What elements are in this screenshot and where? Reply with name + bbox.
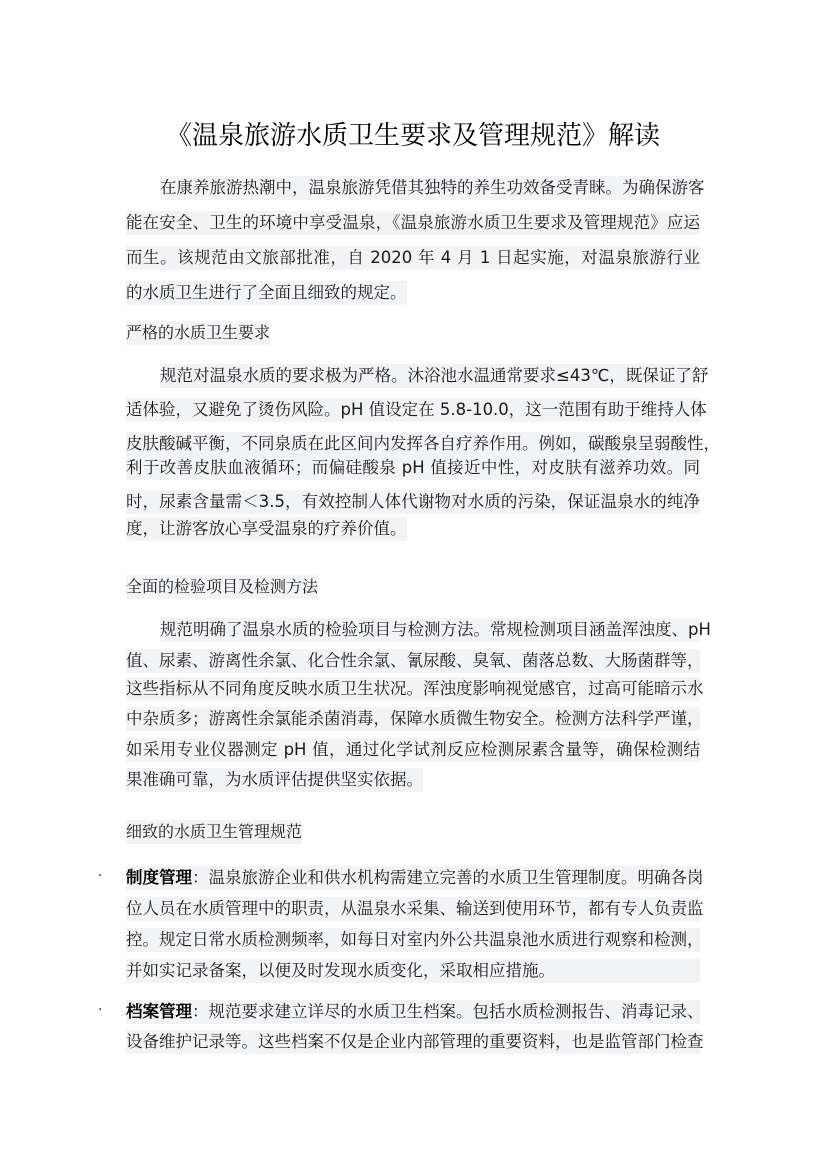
section-heading: 全面的检验项目及检测方法 [126,575,318,599]
paragraph-line: 果准确可靠，为水质评估提供坚实依据。 [126,768,423,792]
bullet-marker: . [98,864,102,880]
paragraph-line: 控。规定日常水质检测频率，如每日对室内外公共温泉池水质进行观察和检测， [126,928,700,952]
paragraph-line: 规范对温泉水质的要求极为严格。沐浴池水温通常要求≤43℃，既保证了舒 [160,364,700,388]
section-heading: 严格的水质卫生要求 [126,321,270,345]
paragraph-line: 并如实记录备案，以便及时发现水质变化，采取相应措施。 [126,959,700,983]
paragraph-line: 适体验，又避免了烫伤风险。pH 值设定在 5.8-10.0，这一范围有助于维持人… [126,398,700,422]
paragraph-line: 规范明确了温泉水质的检验项目与检测方法。常规检测项目涵盖浑浊度、pH [160,618,700,642]
paragraph-line: 时，尿素含量需＜3.5，有效控制人体代谢物对水质的污染，保证温泉水的纯净 [126,490,700,514]
paragraph-line: 在康养旅游热潮中，温泉旅游凭借其独特的养生功效备受青睐。为确保游客 [160,176,700,200]
section-heading: 细致的水质卫生管理规范 [126,820,302,844]
paragraph-line: 皮肤酸碱平衡，不同泉质在此区间内发挥各自疗养作用。例如，碳酸泉呈弱酸性， [126,432,700,456]
item-text: ：规范要求建立详尽的水质卫生档案。包括水质检测报告、消毒记录、 [192,1002,704,1021]
paragraph-line: 设备维护记录等。这些档案不仅是企业内部管理的重要资料，也是监管部门检查 [126,1030,700,1054]
document-title: 《温泉旅游水质卫生要求及管理规范》解读 [0,115,826,152]
paragraph-line: 利于改善皮肤血液循环；而偏硅酸泉 pH 值接近中性，对皮肤有滋养功效。同 [126,456,700,480]
paragraph-line: 度，让游客放心享受温泉的疗养价值。 [126,517,407,541]
paragraph-line: 而生。该规范由文旅部批准，自 2020 年 4 月 1 日起实施，对温泉旅游行业 [126,246,700,270]
paragraph-line: 值、尿素、游离性余氯、化合性余氯、氰尿酸、臭氧、菌落总数、大肠菌群等， [126,649,700,673]
item-label: 档案管理 [126,1002,192,1021]
paragraph-line: 档案管理：规范要求建立详尽的水质卫生档案。包括水质检测报告、消毒记录、 [126,1000,700,1024]
paragraph-line: 制度管理：温泉旅游企业和供水机构需建立完善的水质卫生管理制度。明确各岗 [126,866,700,890]
paragraph-line: 如采用专业仪器测定 pH 值，通过化学试剂反应检测尿素含量等，确保检测结 [126,738,700,762]
paragraph-line: 位人员在水质管理中的职责，从温泉水采集、输送到使用环节，都有专人负责监 [126,897,700,921]
bullet-marker: . [98,998,102,1014]
item-label: 制度管理 [126,868,192,887]
paragraph-line: 的水质卫生进行了全面且细致的规定。 [126,281,407,305]
paragraph-line: 中杂质多；游离性余氯能杀菌消毒，保障水质微生物安全。检测方法科学严谨， [126,707,700,731]
item-text: ：温泉旅游企业和供水机构需建立完善的水质卫生管理制度。明确各岗 [192,868,704,887]
paragraph-line: 能在安全、卫生的环境中享受温泉，《温泉旅游水质卫生要求及管理规范》应运 [126,211,700,235]
paragraph-line: 这些指标从不同角度反映水质卫生状况。浑浊度影响视觉感官，过高可能暗示水 [126,677,700,701]
